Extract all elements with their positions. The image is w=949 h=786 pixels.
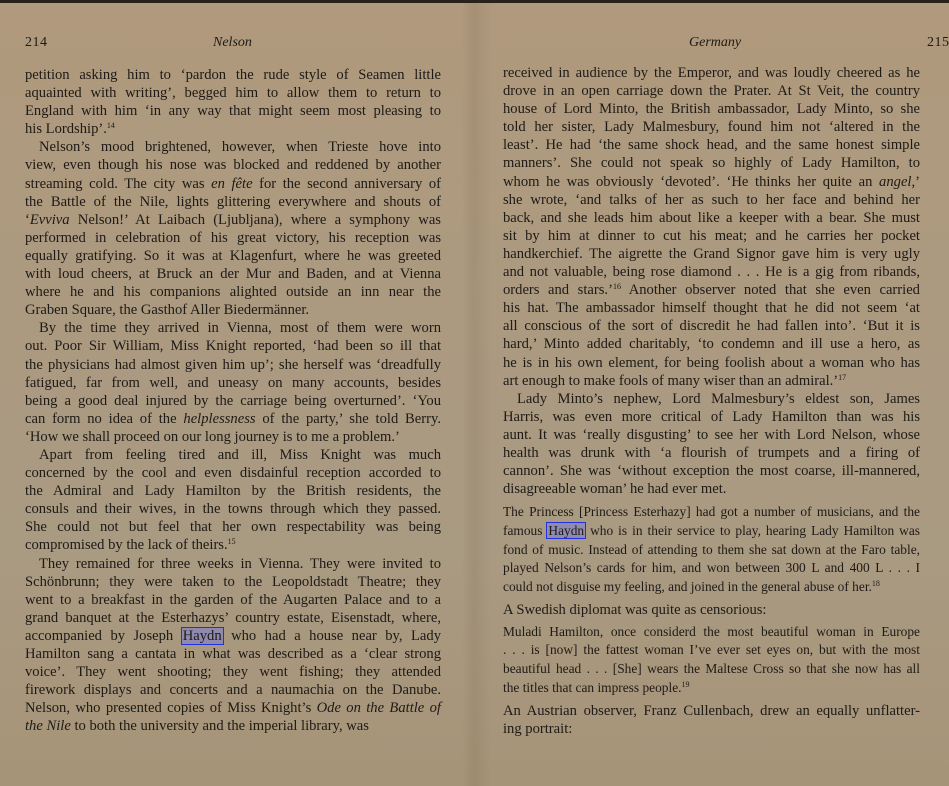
search-highlight-haydn[interactable]: Haydn (547, 523, 585, 538)
text-line: Harris, was even more critical of Lady H… (503, 408, 920, 426)
italic-text: en fête (211, 176, 252, 192)
text-line: disagreeable woman’ he had ever met. (503, 480, 920, 498)
italic-text: the Nile (25, 718, 71, 734)
text-line: house of Lord Minto, the British ambassa… (503, 100, 920, 118)
text-line: Hamilton sang a cantata in what was desc… (25, 645, 441, 663)
text-line: Schönbrunn; they were taken to the Leopo… (25, 573, 441, 591)
text-line: Apart from feeling tired and ill, Miss K… (25, 446, 441, 464)
body-paragraphs: received in audience by the Emperor, and… (503, 64, 920, 498)
text-line: ing portrait: (503, 720, 920, 738)
italic-text: Ode on the Battle of (317, 700, 441, 716)
text-line: he is in his own element, for being fool… (503, 354, 920, 372)
text-line: ‘How we shall proceed on our long journe… (25, 428, 441, 446)
text-line: Nelson’s mood brightened, however, when … (25, 138, 441, 156)
right-body-text: received in audience by the Emperor, and… (503, 64, 920, 738)
text-line: grand banquet at the Esterhazys’ country… (25, 609, 441, 627)
text-line: performed in celebration of his great vi… (25, 229, 441, 247)
text-line: can form no idea of the helplessness of … (25, 410, 441, 428)
text-line: could not disguise my feeling, and joine… (503, 578, 920, 597)
text-line: equally gratifying. So it was at Klagenf… (25, 247, 441, 265)
footnote-ref: 15 (228, 537, 236, 546)
right-page: Germany 215 received in audience by the … (474, 0, 949, 786)
footnote-ref: 14 (107, 121, 115, 130)
text-line: his hat. The ambassador himself thought … (503, 299, 920, 317)
text-line: the titles that can impress people.19 (503, 679, 920, 698)
text-line: told her sister, Lady Malmesbury, found … (503, 118, 920, 136)
text-line: An Austrian observer, Franz Cullenbach, … (503, 702, 920, 720)
text-line: cannon’. She was ‘without exception the … (503, 462, 920, 480)
text-line: aunt. It was ‘really disgusting’ to see … (503, 426, 920, 444)
italic-text: helplessness (183, 411, 255, 427)
italic-text: angel (879, 174, 911, 190)
quote-intro-austrian: An Austrian observer, Franz Cullenbach, … (503, 702, 920, 738)
text-line: By the time they arrived in Vienna, most… (25, 319, 441, 337)
text-line: back, and she leads him about like a kee… (503, 209, 920, 227)
text-line: The Princess [Princess Esterhazy] had go… (503, 503, 920, 522)
text-line: being a good deal injured by the carriag… (25, 392, 441, 410)
text-line: firework displays and concerts and a nau… (25, 681, 441, 699)
text-line: accompanied by Joseph Haydn who had a ho… (25, 627, 441, 645)
footnote-ref: 16 (613, 282, 621, 291)
text-line: petition asking him to ‘pardon the rude … (25, 66, 441, 84)
text-line: health was drunk with ‘a flourish of tru… (503, 444, 920, 462)
left-page: 214 Nelson petition asking him to ‘pardo… (0, 0, 474, 786)
text-line: Graben Square, the Gasthof Aller Biederm… (25, 301, 441, 319)
text-line: sit by him at dinner to cut his meat; an… (503, 227, 920, 245)
text-line: voice’. They went shooting; they went fi… (25, 663, 441, 681)
text-line: drove in an open carriage down the Prate… (503, 82, 920, 100)
block-quote-swedish-diplomat: Muladi Hamilton, once considerd the most… (503, 623, 920, 698)
italic-text: Evviva (30, 212, 70, 228)
text-line: she wrote, ‘and talks of her as such to … (503, 191, 920, 209)
footnote-ref: 17 (838, 373, 846, 382)
text-line: aquainted with writing’, begged him to a… (25, 84, 441, 102)
text-line: hard,’ Minto added charitably, ‘to conde… (503, 335, 920, 353)
text-line: She could not but feel that her own resp… (25, 518, 441, 536)
text-line: Muladi Hamilton, once considerd the most… (503, 623, 920, 642)
text-line: the Admiral and Lady Hamilton by the Bri… (25, 482, 441, 500)
text-line: streaming cold. The city was en fête for… (25, 175, 441, 193)
left-body-text: petition asking him to ‘pardon the rude … (25, 66, 441, 735)
running-head: Nelson (213, 35, 252, 51)
text-line: ‘Evviva Nelson!’ At Laibach (Ljubljana),… (25, 211, 441, 229)
text-line: played Nelson’s cards for him, and won b… (503, 559, 920, 578)
text-line: beautiful head . . . [She] wears the Mal… (503, 660, 920, 679)
text-line: orders and stars.’16 Another observer no… (503, 281, 920, 299)
text-line: Lady Minto’s nephew, Lord Malmesbury’s e… (503, 390, 920, 408)
footnote-ref: 19 (682, 680, 690, 689)
text-line: handkerchief. The aigrette the Grand Sig… (503, 245, 920, 263)
text-line: famous Haydn who is in their service to … (503, 522, 920, 541)
text-line: fatigued, far from well, and uneasy on m… (25, 374, 441, 392)
text-line: England with him ‘in any way that might … (25, 102, 441, 120)
text-line: received in audience by the Emperor, and… (503, 64, 920, 82)
text-line: . . . is [now] the fattest woman I’ve ev… (503, 641, 920, 660)
text-line: and not valuable, being rose diamond . .… (503, 263, 920, 281)
text-line: manners’. She could not speak so highly … (503, 154, 920, 172)
book-spread: 214 Nelson petition asking him to ‘pardo… (0, 0, 949, 786)
text-line: fond of music. Instead of attending to t… (503, 541, 920, 560)
text-line: his Lordship’.14 (25, 120, 441, 138)
text-line: consuls and their wives, in the towns th… (25, 500, 441, 518)
text-line: least’. He had ‘the same shock head, and… (503, 136, 920, 154)
search-highlight-haydn[interactable]: Haydn (182, 628, 223, 644)
text-line: the Battle of the Nile, lights glitterin… (25, 193, 441, 211)
text-line: out. Poor Sir William, Miss Knight repor… (25, 337, 441, 355)
page-number: 214 (25, 35, 48, 51)
text-line: compromised by the lack of theirs.15 (25, 536, 441, 554)
text-line: art enough to make fools of many wiser t… (503, 372, 920, 390)
running-head: Germany (689, 35, 741, 51)
text-line: the Nile to both the university and the … (25, 717, 441, 735)
footnote-ref: 18 (872, 579, 880, 588)
text-line: Nelson, who presented copies of Miss Kni… (25, 699, 441, 717)
text-line: whom he was obviously ‘devoted’. ‘He thi… (503, 173, 920, 191)
block-quote-esterhazy: The Princess [Princess Esterhazy] had go… (503, 503, 920, 596)
text-line: view, even though his nose was blocked a… (25, 156, 441, 174)
text-line: concerned by the cool and even disdainfu… (25, 464, 441, 482)
text-line: the physicians had almost given him up’;… (25, 356, 441, 374)
page-number: 215 (927, 35, 949, 51)
text-line: went to a breakfast in the garden of the… (25, 591, 441, 609)
text-line: They remained for three weeks in Vienna.… (25, 555, 441, 573)
text-line: where he and his companions alighted out… (25, 283, 441, 301)
text-line: with loud cheers, at Bruck an der Mur an… (25, 265, 441, 283)
text-line: all conscious of the sort of discredit h… (503, 317, 920, 335)
quote-intro: A Swedish diplomat was quite as censorio… (503, 601, 920, 619)
